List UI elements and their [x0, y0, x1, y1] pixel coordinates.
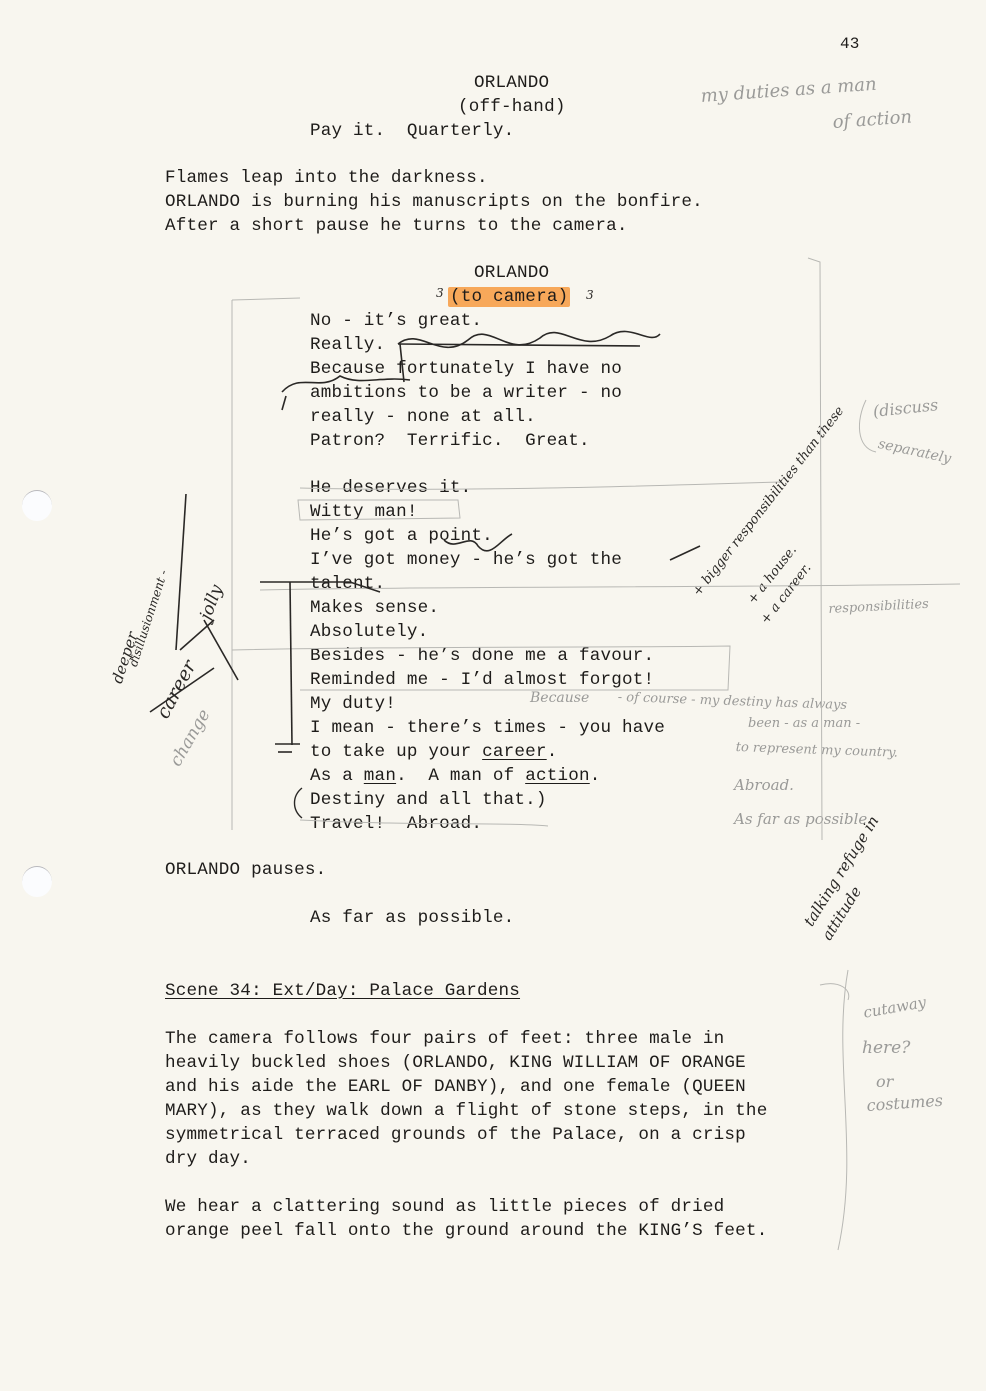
action-line: ORLANDO pauses. [165, 858, 326, 882]
dialogue-line: Makes sense. [310, 596, 439, 620]
annotation-destiny: Abroad. [734, 776, 794, 794]
action-line: dry day. [165, 1147, 251, 1171]
underlined-word: action [525, 766, 590, 786]
dialogue-line: He deserves it. [310, 476, 471, 500]
dialogue-line: to take up your career. [310, 740, 557, 764]
parenthetical-highlighted: (to camera) [448, 285, 570, 309]
action-line: orange peel fall onto the ground around … [165, 1219, 767, 1243]
dialogue-line: As far as possible. [310, 906, 514, 930]
highlight-marker: (to camera) [448, 287, 570, 307]
action-line: heavily buckled shoes (ORLANDO, KING WIL… [165, 1051, 746, 1075]
text: . [547, 742, 558, 762]
dialogue-line: Witty man! [310, 500, 418, 524]
dialogue-line: Because fortunately I have no [310, 357, 622, 381]
annotation-cutaway: here? [862, 1038, 910, 1058]
action-line: MARY), as they walk down a flight of sto… [165, 1099, 767, 1123]
dialogue-line: talent. [310, 572, 385, 596]
annotation-because: Because [530, 690, 589, 706]
dialogue-line: really - none at all. [310, 405, 536, 429]
dialogue-line: Destiny and all that.) [310, 788, 547, 812]
underlined-word: man [364, 766, 396, 786]
annotation-discuss: separately [877, 436, 953, 467]
dialogue-line: I’ve got money - he’s got the [310, 548, 622, 572]
punch-hole [22, 490, 52, 521]
action-line: The camera follows four pairs of feet: t… [165, 1027, 724, 1051]
action-line: and his aide the EARL OF DANBY), and one… [165, 1075, 746, 1099]
dialogue-line: Really. [310, 333, 385, 357]
dialogue-line: Patron? Terrific. Great. [310, 429, 590, 453]
dialogue-line: ambitions to be a writer - no [310, 381, 622, 405]
parenthetical: (off-hand) [458, 95, 566, 119]
dialogue-line: No - it’s great. [310, 309, 482, 333]
text: As a [310, 766, 364, 786]
scribble-mark: 3 [436, 286, 444, 300]
annotation-destiny: - of course - my destiny has always [617, 690, 847, 713]
annotation-destiny: As far as possible. [734, 810, 872, 828]
annotation-responsibilities: responsibilities [828, 597, 929, 617]
annotation-discuss: (discuss [872, 395, 939, 421]
annotation-cutaway: cutaway [862, 993, 927, 1022]
annotation-left-margin: disillusionment - [126, 568, 170, 668]
scribble-mark: 3 [586, 288, 594, 302]
annotation-destiny: been - as a man - [748, 716, 860, 731]
dialogue-line: Travel! Abroad. [310, 812, 482, 836]
action-line: symmetrical terraced grounds of the Pala… [165, 1123, 746, 1147]
dialogue-line: Reminded me - I’d almost forgot! [310, 668, 654, 692]
character-name: ORLANDO [474, 261, 549, 285]
action-line: We hear a clattering sound as little pie… [165, 1195, 724, 1219]
annotation-cutaway: costumes [866, 1091, 944, 1115]
dialogue-line: Besides - he’s done me a favour. [310, 644, 654, 668]
text: . [590, 766, 601, 786]
punch-hole [22, 866, 52, 897]
dialogue-line: I mean - there’s times - you have [310, 716, 665, 740]
action-line: After a short pause he turns to the came… [165, 214, 628, 238]
annotation-destiny: to represent my country. [735, 740, 898, 761]
annotation-duties: of action [832, 106, 913, 132]
script-page: 43 ORLANDO (off-hand) Pay it. Quarterly.… [0, 0, 986, 1391]
annotation-duties: my duties as a man [700, 74, 877, 107]
text: . A man of [396, 766, 525, 786]
action-line: Flames leap into the darkness. [165, 166, 488, 190]
character-name: ORLANDO [474, 71, 549, 95]
underlined-word: career [482, 742, 547, 762]
dialogue-line: He’s got a point. [310, 524, 493, 548]
dialogue-line: Absolutely. [310, 620, 428, 644]
action-line: ORLANDO is burning his manuscripts on th… [165, 190, 703, 214]
annotation-left-margin: jolly [196, 582, 227, 623]
text: to take up your [310, 742, 482, 762]
scene-heading: Scene 34: Ext/Day: Palace Gardens [165, 979, 520, 1003]
dialogue-line: As a man. A man of action. [310, 764, 601, 788]
page-number: 43 [840, 32, 860, 56]
annotation-cutaway: or [876, 1072, 893, 1091]
dialogue-line: Pay it. Quarterly. [310, 119, 514, 143]
dialogue-line: My duty! [310, 692, 396, 716]
